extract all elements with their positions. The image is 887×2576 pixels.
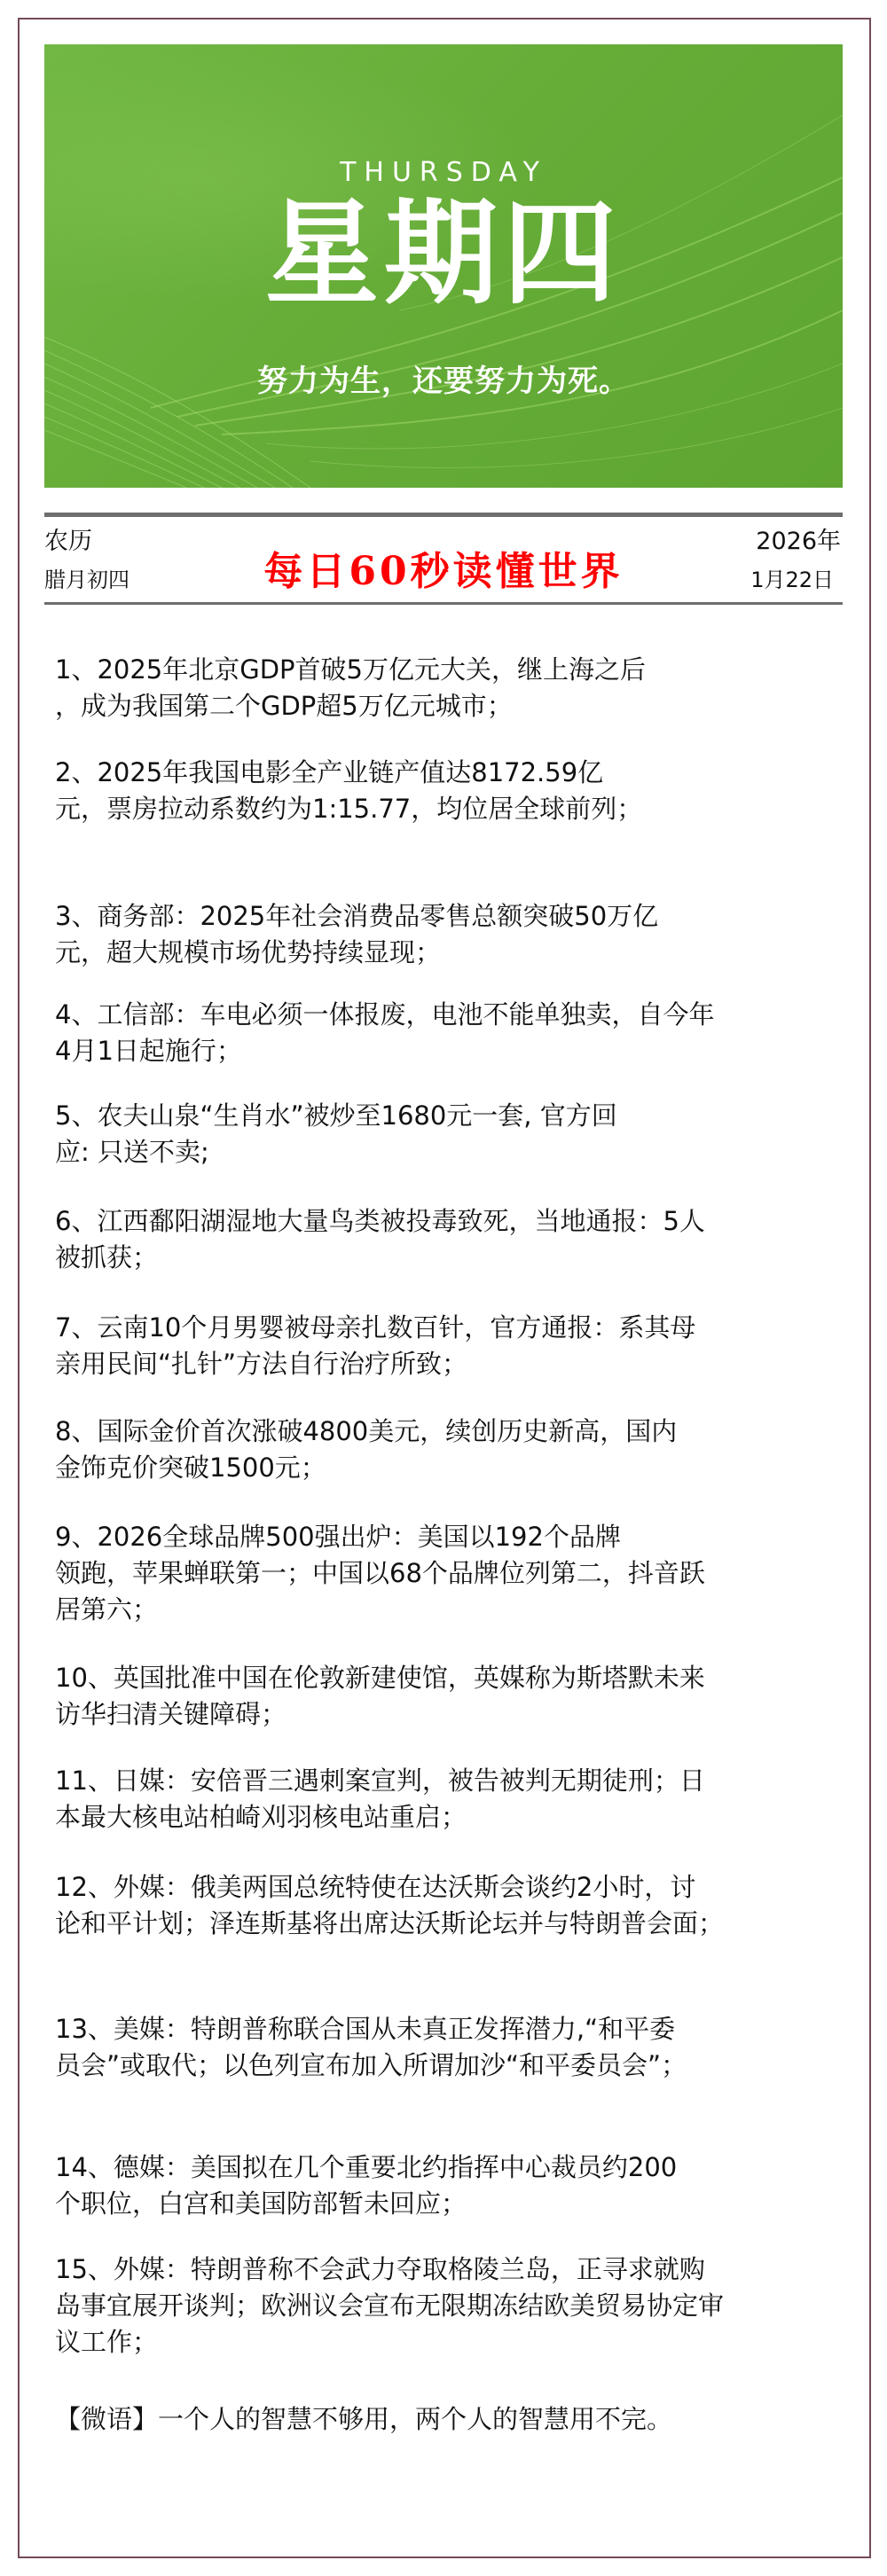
news-item-12: 12、外媒：俄美两国总统特使在达沃斯会谈约2小时，讨 论和平计划；泽连斯基将出席… <box>55 1869 853 1942</box>
weekday-banner: THURSDAY 星期四 努力为生，还要努力为死。 <box>44 44 843 488</box>
news-item-6: 6、江西鄱阳湖湿地大量鸟类被投毒致死，当地通报：5人 被抓获； <box>55 1203 853 1276</box>
news-item-14: 14、德媒：美国拟在几个重要北约指挥中心裁员约200 个职位，白宫和美国防部暂未… <box>55 2149 853 2222</box>
header-rule-top <box>44 513 843 517</box>
news-item-13: 13、美媒：特朗普称联合国从未真正发挥潜力,“和平委 员会”或取代；以色列宣布加… <box>55 2011 853 2084</box>
news-item-7: 7、云南10个月男婴被母亲扎数百针，官方通报：系其母 亲用民间“扎针”方法自行治… <box>55 1310 853 1382</box>
weekday-chinese: 星期四 <box>44 192 843 317</box>
news-item-10: 10、英国批准中国在伦敦新建使馆，英媒称为斯塔默未来 访华扫清关键障碍； <box>55 1660 853 1733</box>
lunar-calendar-label: 农历 <box>44 521 92 556</box>
news-item-11: 11、日媒：安倍晋三遇刺案宣判，被告被判无期徒刑；日 本最大核电站柏崎刈羽核电站… <box>55 1763 853 1836</box>
news-item-4: 4、工信部：车电必须一体报废，电池不能单独卖，自今年 4月1日起施行； <box>55 997 853 1069</box>
news-item-1: 1、2025年北京GDP首破5万亿元大关，继上海之后 ，成为我国第二个GDP超5… <box>55 652 853 724</box>
news-item-3: 3、商务部：2025年社会消费品零售总额突破50万亿 元，超大规模市场优势持续显… <box>55 898 853 971</box>
news-item-2: 2、2025年我国电影全产业链产值达8172.59亿 元，票房拉动系数约为1:1… <box>55 755 853 827</box>
gregorian-month-day: 1月22日 <box>750 562 834 593</box>
weekday-english: THURSDAY <box>44 157 843 188</box>
daily-quote: 【微语】一个人的智慧不够用，两个人的智慧用不完。 <box>55 2401 853 2438</box>
news-item-5: 5、农夫山泉“生肖水”被炒至1680元一套, 官方回 应: 只送不卖; <box>55 1098 853 1171</box>
news-item-8: 8、国际金价首次涨破4800美元，续创历史新高，国内 金饰克价突破1500元； <box>55 1413 853 1486</box>
lunar-date: 腊月初四 <box>44 562 130 593</box>
header-rule-bottom <box>44 602 843 605</box>
gregorian-year: 2026年 <box>756 521 841 556</box>
news-item-15: 15、外媒：特朗普称不会武力夺取格陵兰岛，正寻求就购 岛事宜展开谈判；欧洲议会宣… <box>55 2251 853 2361</box>
news-item-9: 9、2026全球品牌500强出炉：美国以192个品牌 领跑，苹果蝉联第一；中国以… <box>55 1519 853 1628</box>
banner-motto: 努力为生，还要努力为死。 <box>44 356 843 400</box>
page-title: 每日60秒读懂世界 <box>231 539 656 596</box>
